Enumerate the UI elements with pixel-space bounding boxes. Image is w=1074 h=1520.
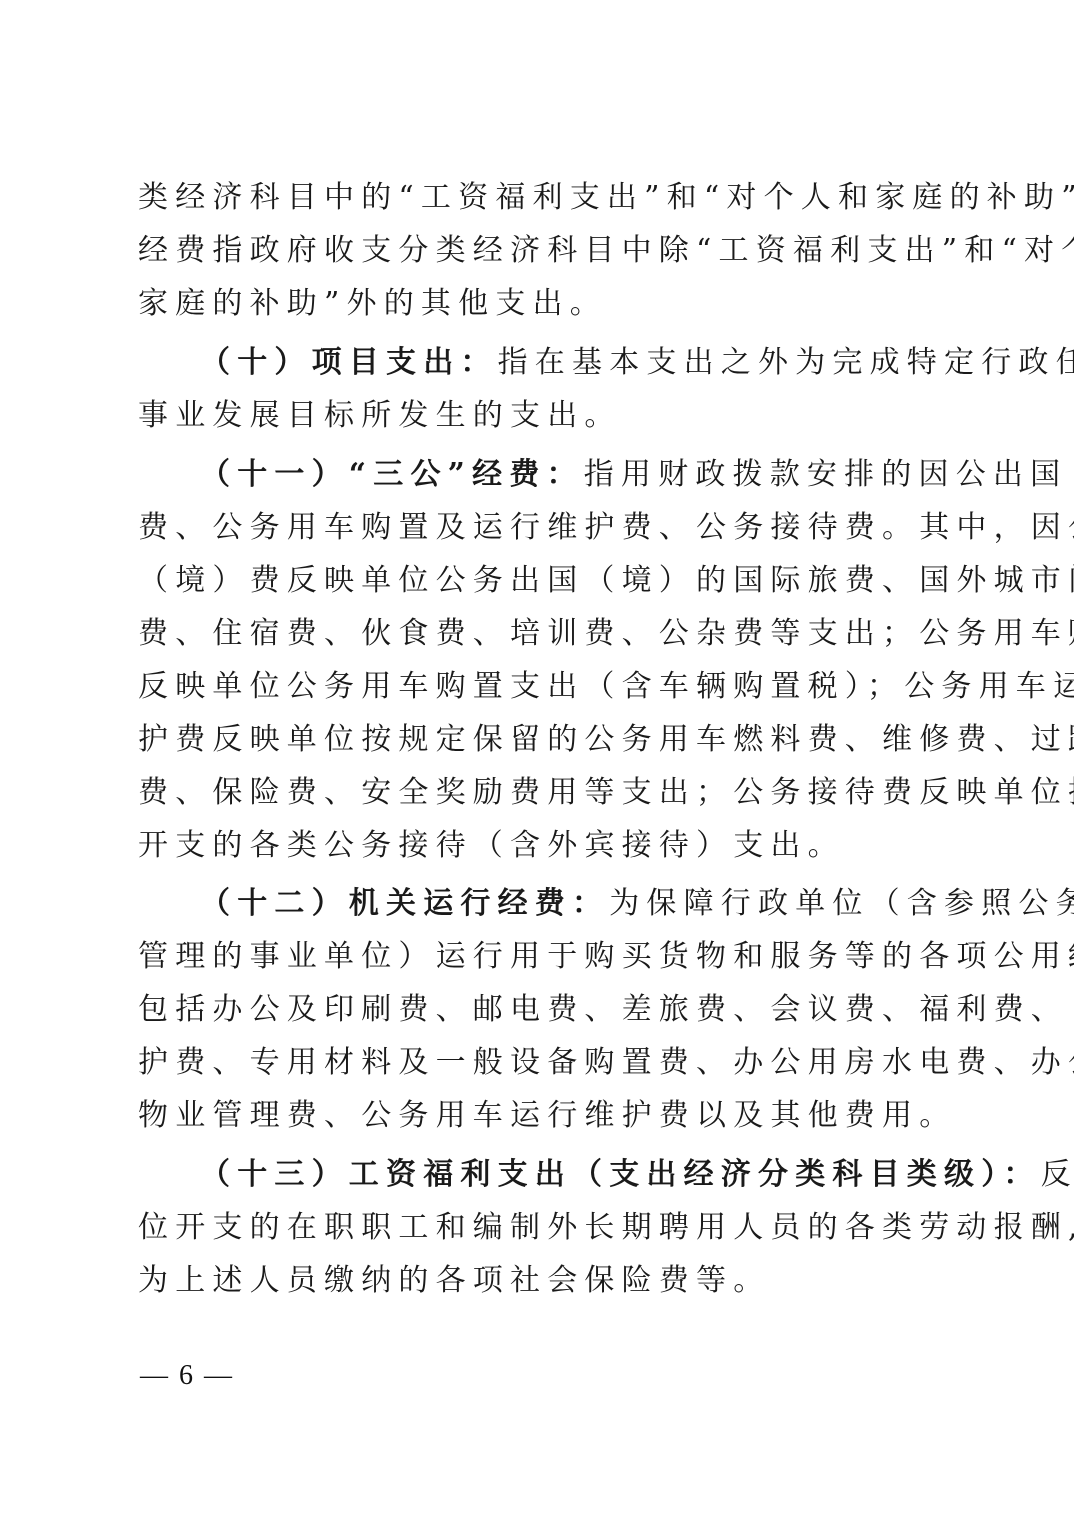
body-line: 物业管理费、公务用车运行维护费以及其他费用。: [138, 1096, 956, 1136]
body-line: 护费反映单位按规定保留的公务用车燃料费、维修费、过路过桥: [138, 720, 1074, 760]
body-line: 管理的事业单位）运行用于购买货物和服务等的各项公用经费，: [138, 937, 1074, 977]
body-line: 事业发展目标所发生的支出。: [138, 396, 622, 436]
body-line: 费、公务用车购置及运行维护费、公务接待费。其中，因公出国: [138, 508, 1074, 548]
body-line: 位开支的在职职工和编制外长期聘用人员的各类劳动报酬,以及: [138, 1208, 1074, 1248]
body-text: 指用财政拨款安排的因公出国（境）: [584, 457, 1074, 492]
paragraph-first-line: （十二）机关运行经费：为保障行政单位（含参照公务员法: [200, 884, 1074, 924]
body-line: 类经济科目中的“工资福利支出”和“对个人和家庭的补助”；公用: [138, 178, 1074, 218]
section-heading: （十二）机关运行经费：: [200, 886, 609, 921]
section-heading: （十三）工资福利支出（支出经济分类科目类级）：: [200, 1157, 1041, 1192]
body-line: 反映单位公务用车购置支出（含车辆购置税）；公务用车运行维: [138, 667, 1074, 707]
body-line: 费、保险费、安全奖励费用等支出；公务接待费反映单位按规定: [138, 773, 1074, 813]
section-heading: （十一）“三公”经费：: [200, 457, 584, 492]
page-number: — 6 —: [140, 1356, 234, 1396]
body-line: 为上述人员缴纳的各项社会保险费等。: [138, 1261, 770, 1301]
body-line: 经费指政府收支分类经济科目中除“工资福利支出”和“对个人和: [138, 231, 1074, 271]
body-text: 指在基本支出之外为完成特定行政任务和: [498, 345, 1074, 380]
body-text: 反映单: [1041, 1157, 1074, 1192]
body-line: 家庭的补助”外的其他支出。: [138, 284, 607, 324]
body-line: 护费、专用材料及一般设备购置费、办公用房水电费、办公用房: [138, 1043, 1074, 1083]
body-line: （境）费反映单位公务出国（境）的国际旅费、国外城市间交通: [138, 561, 1074, 601]
body-text: 为保障行政单位（含参照公务员法: [609, 886, 1074, 921]
body-line: 费、住宿费、伙食费、培训费、公杂费等支出；公务用车购置费: [138, 614, 1074, 654]
paragraph-first-line: （十一）“三公”经费：指用财政拨款安排的因公出国（境）: [200, 455, 1074, 495]
body-line: 包括办公及印刷费、邮电费、差旅费、会议费、福利费、日常维: [138, 990, 1074, 1030]
section-heading: （十）项目支出：: [200, 345, 498, 380]
body-line: 开支的各类公务接待（含外宾接待）支出。: [138, 826, 845, 866]
paragraph-first-line: （十三）工资福利支出（支出经济分类科目类级）：反映单: [200, 1155, 1074, 1195]
paragraph-first-line: （十）项目支出：指在基本支出之外为完成特定行政任务和: [200, 343, 1074, 383]
